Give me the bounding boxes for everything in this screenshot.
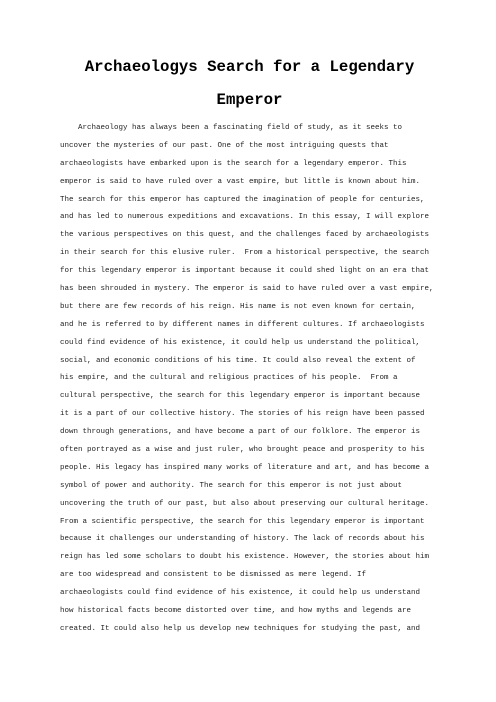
body-text-line: social, and economic conditions of his t… [60,353,439,371]
body-text-line: From a scientific perspective, the searc… [60,514,439,532]
body-text-line: emperor is said to have ruled over a vas… [60,174,439,192]
body-text-line: Archaeology has always been a fascinatin… [60,120,439,138]
body-text-line: because it challenges our understanding … [60,531,439,549]
body-text-line: in their search for this elusive ruler. … [60,245,439,263]
body-text-line: uncovering the truth of our past, but al… [60,496,439,514]
body-text-line: the various perspectives on this quest, … [60,227,439,245]
document-title: Archaeologys Search for a Legendary Empe… [60,51,439,117]
body-text-line: archaeologists have embarked upon is the… [60,156,439,174]
body-text-line: and has led to numerous expeditions and … [60,209,439,227]
body-text-line: it is a part of our collective history. … [60,406,439,424]
body-text-line: often portrayed as a wise and just ruler… [60,442,439,460]
body-text-line: The search for this emperor has captured… [60,192,439,210]
body-text-line: symbol of power and authority. The searc… [60,478,439,496]
body-text-line: reign has led some scholars to doubt his… [60,549,439,567]
body-text-line: down through generations, and have becom… [60,424,439,442]
body-text-line: his empire, and the cultural and religio… [60,370,439,388]
body-text-line: uncover the mysteries of our past. One o… [60,138,439,156]
document-page: Archaeologys Search for a Legendary Empe… [0,0,496,702]
body-text-line: but there are few records of his reign. … [60,299,439,317]
body-text-line: cultural perspective, the search for thi… [60,388,439,406]
document-body: Archaeology has always been a fascinatin… [60,120,439,639]
body-text-line: people. His legacy has inspired many wor… [60,460,439,478]
body-text-line: how historical facts become distorted ov… [60,603,439,621]
body-text-line: has been shrouded in mystery. The empero… [60,281,439,299]
body-text-line: created. It could also help us develop n… [60,621,439,639]
body-text-line: for this legendary emperor is important … [60,263,439,281]
body-text-line: and he is referred to by different names… [60,317,439,335]
body-text-line: archaeologists could find evidence of hi… [60,585,439,603]
body-text-line: could find evidence of his existence, it… [60,335,439,353]
body-text-line: are too widespread and consistent to be … [60,567,439,585]
